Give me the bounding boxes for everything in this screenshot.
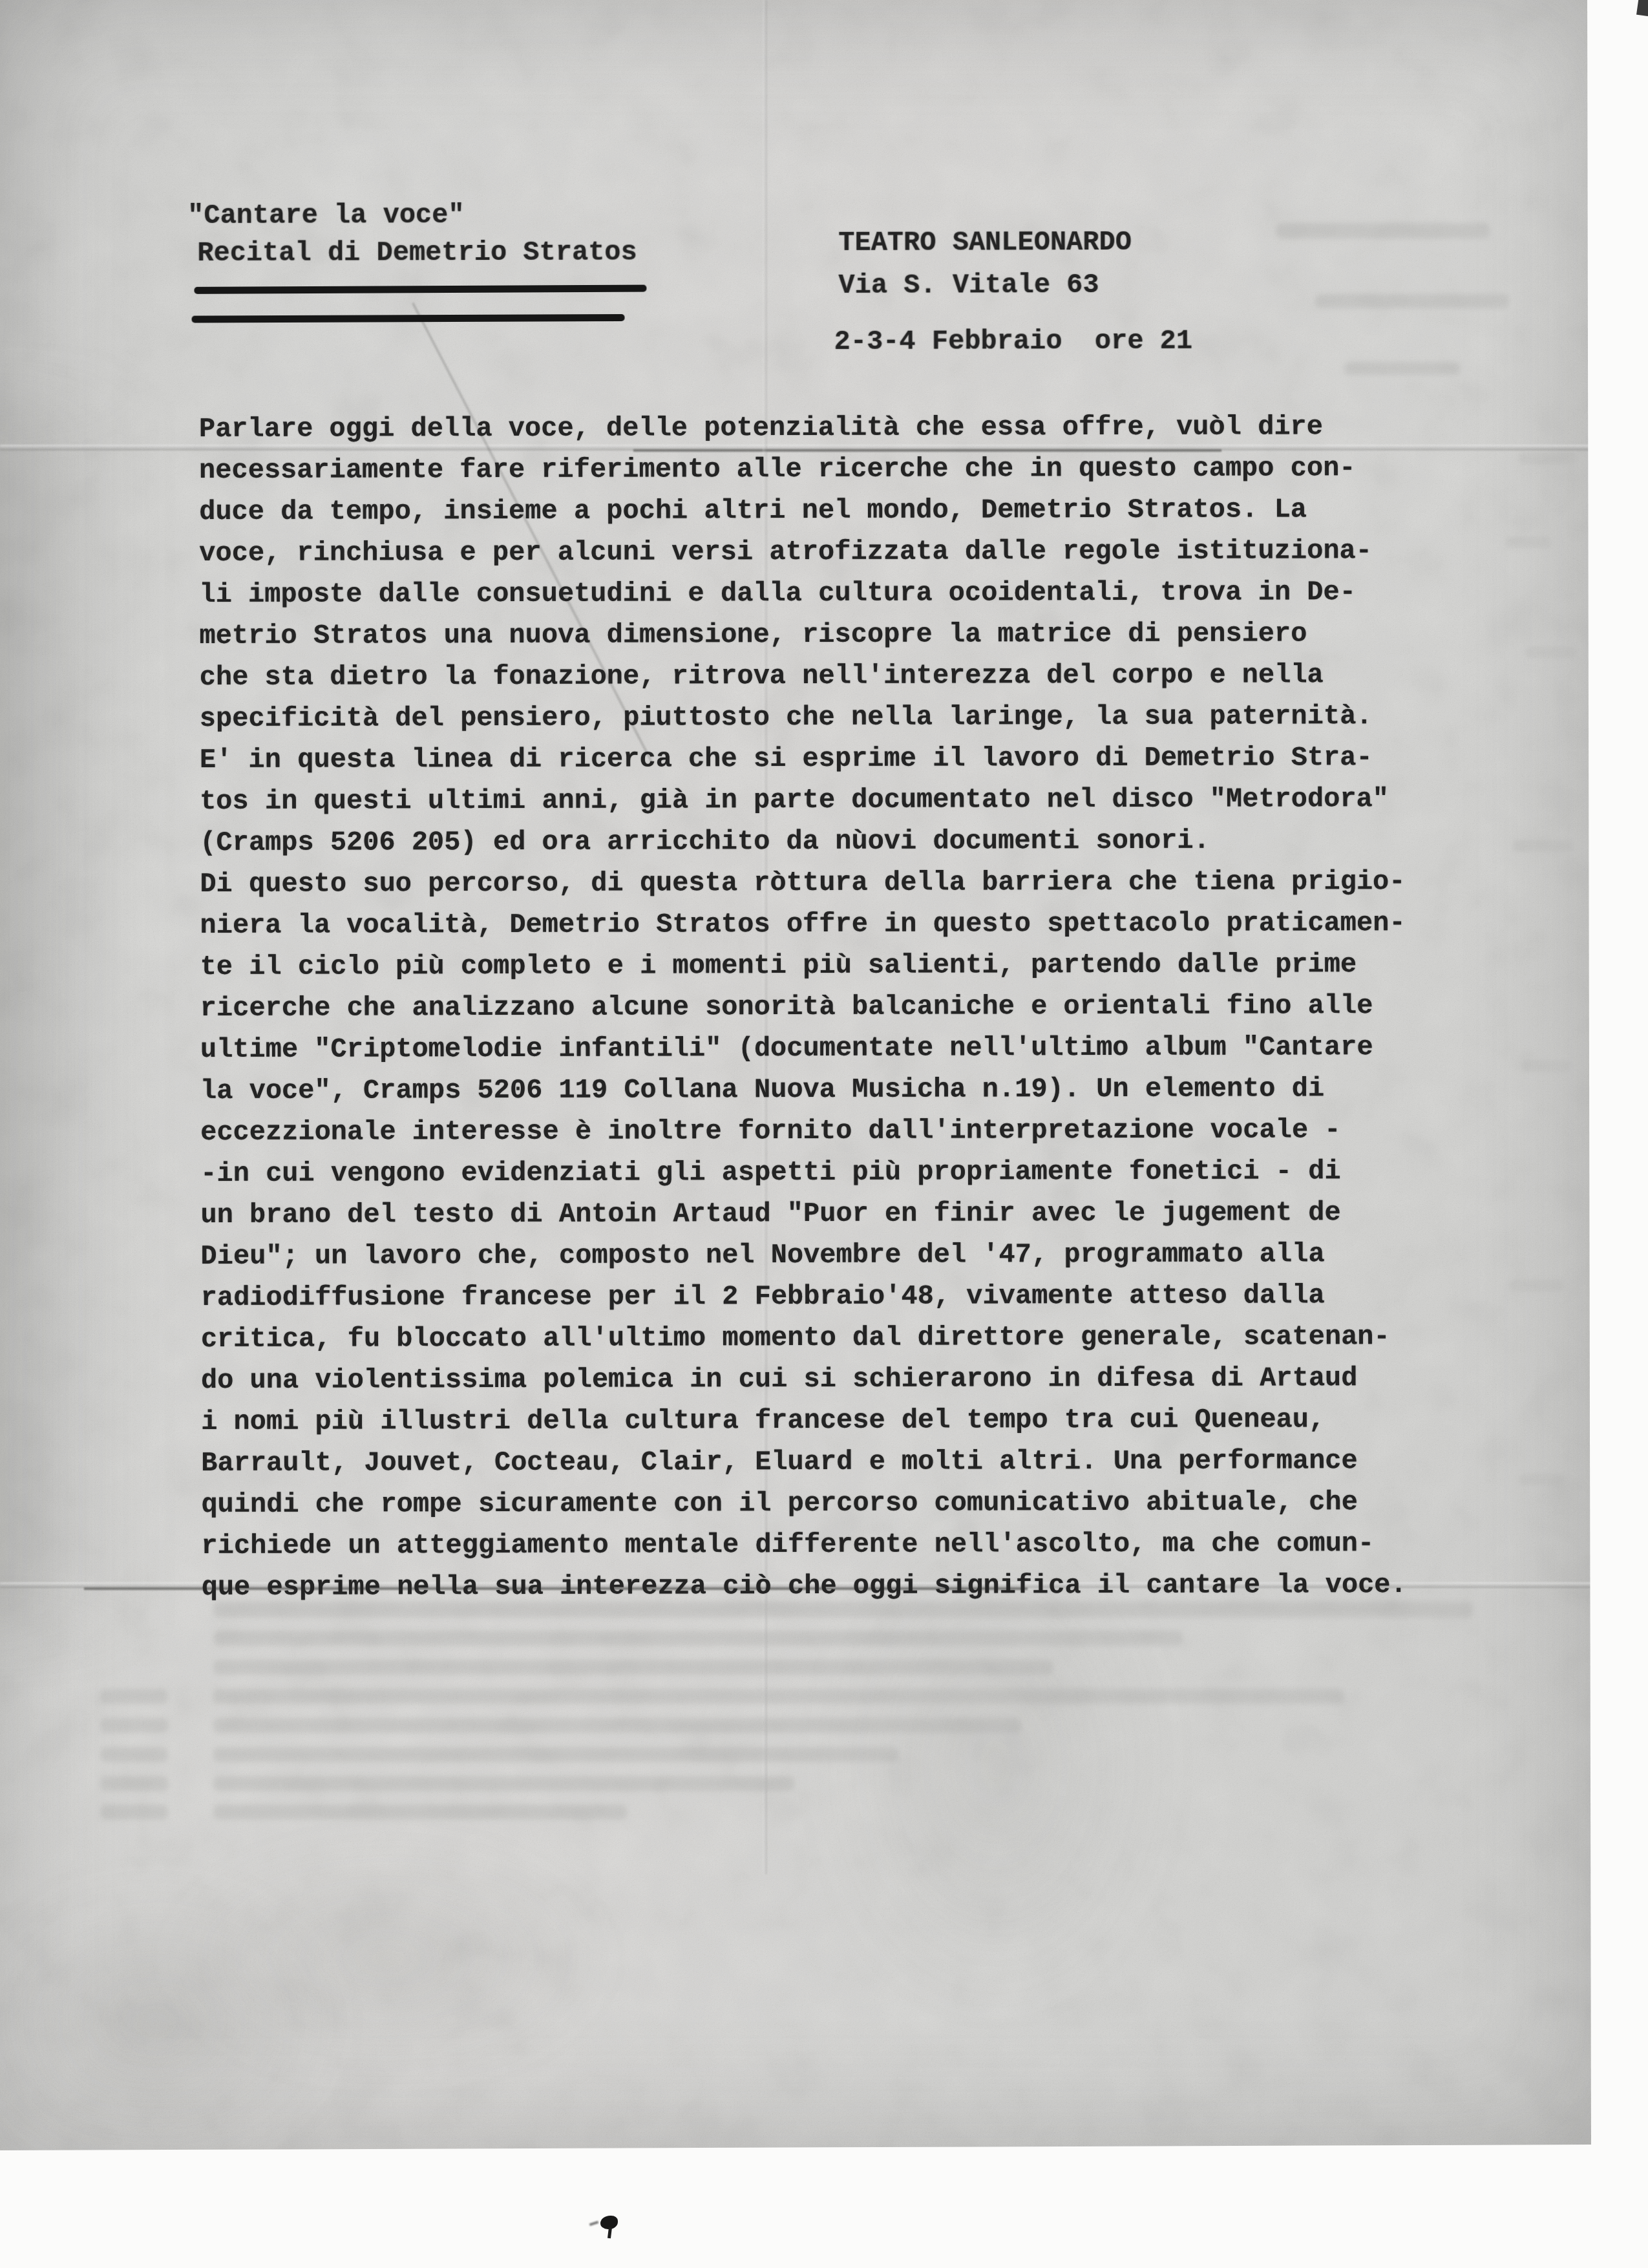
- body-line: te il ciclo più completo e i momenti più…: [200, 944, 1493, 988]
- body-line: voce, rinchiusa e per alcuni versi atrof…: [199, 530, 1492, 574]
- body-line: ricerche che analizzano alcune sonorità …: [200, 985, 1493, 1029]
- body-text: Parlare oggi della voce, delle potenzial…: [199, 406, 1494, 1608]
- ink-blot-spur: [589, 2221, 599, 2226]
- scanner-corner-mark: [1636, 0, 1648, 16]
- scanned-document: "Cantare la voce" Recital di Demetrio St…: [0, 0, 1648, 2268]
- venue-dates: 2-3-4 Febbraio ore 21: [834, 326, 1193, 357]
- body-line: -in cui vengono evidenziati gli aspetti …: [200, 1150, 1493, 1194]
- body-line: tos in questi ultimi anni, già in parte …: [200, 778, 1492, 822]
- body-line: que esprime nella sua interezza ciò che …: [202, 1564, 1494, 1608]
- body-line: do una violentissima polemica in cui si …: [201, 1357, 1494, 1401]
- body-line: eccezzionale interesse è inoltre fornito…: [200, 1109, 1493, 1153]
- body-line: radiodiffusione francese per il 2 Febbra…: [201, 1275, 1494, 1319]
- body-line: niera la vocalità, Demetrio Stratos offr…: [200, 902, 1492, 946]
- typed-layer: "Cantare la voce" Recital di Demetrio St…: [0, 0, 1593, 2152]
- ink-blot-tail: [607, 2227, 612, 2238]
- body-line: la voce", Cramps 5206 119 Collana Nuova …: [200, 1068, 1493, 1112]
- body-line: duce da tempo, insieme a pochi altri nel…: [199, 489, 1492, 533]
- body-line: E' in questa linea di ricerca che si esp…: [200, 737, 1492, 781]
- body-line: Di questo suo percorso, di questa ròttur…: [200, 861, 1492, 905]
- subtitle-underline-2: [192, 314, 625, 323]
- body-line: Dieu"; un lavoro che, composto nel Novem…: [201, 1233, 1494, 1277]
- body-line: necessariamente fare riferimento alle ri…: [199, 447, 1492, 491]
- body-line: che sta dietro la fonazione, ritrova nel…: [200, 654, 1492, 698]
- body-line: (Cramps 5206 205) ed ora arricchito da n…: [200, 820, 1492, 864]
- subtitle-underline-1: [194, 285, 646, 294]
- body-line: critica, fu bloccato all'ultimo momento …: [201, 1316, 1494, 1360]
- body-line: ultime "Criptomelodie infantili" (docume…: [200, 1026, 1493, 1070]
- body-line: quindi che rompe sicuramente con il perc…: [201, 1481, 1494, 1525]
- document-title: "Cantare la voce": [187, 200, 465, 231]
- venue-name: TEATRO SANLEONARDO: [838, 227, 1132, 259]
- body-line: Barrault, Jouvet, Cocteau, Clair, Eluard…: [201, 1440, 1494, 1484]
- body-line: specificità del pensiero, piuttosto che …: [200, 695, 1492, 739]
- body-line: li imposte dalle consuetudini e dalla cu…: [199, 571, 1492, 615]
- venue-address: Via S. Vitale 63: [838, 270, 1099, 301]
- body-line: Parlare oggi della voce, delle potenzial…: [199, 406, 1492, 450]
- document-subtitle: Recital di Demetrio Stratos: [197, 237, 637, 269]
- body-line: un brano del testo di Antoin Artaud "Puo…: [200, 1192, 1493, 1236]
- paper: "Cantare la voce" Recital di Demetrio St…: [0, 0, 1591, 2150]
- body-line: metrio Stratos una nuova dimensione, ris…: [200, 613, 1492, 657]
- body-line: richiede un atteggiamento mentale differ…: [201, 1523, 1494, 1567]
- body-line: i nomi più illustri della cultura france…: [201, 1399, 1494, 1443]
